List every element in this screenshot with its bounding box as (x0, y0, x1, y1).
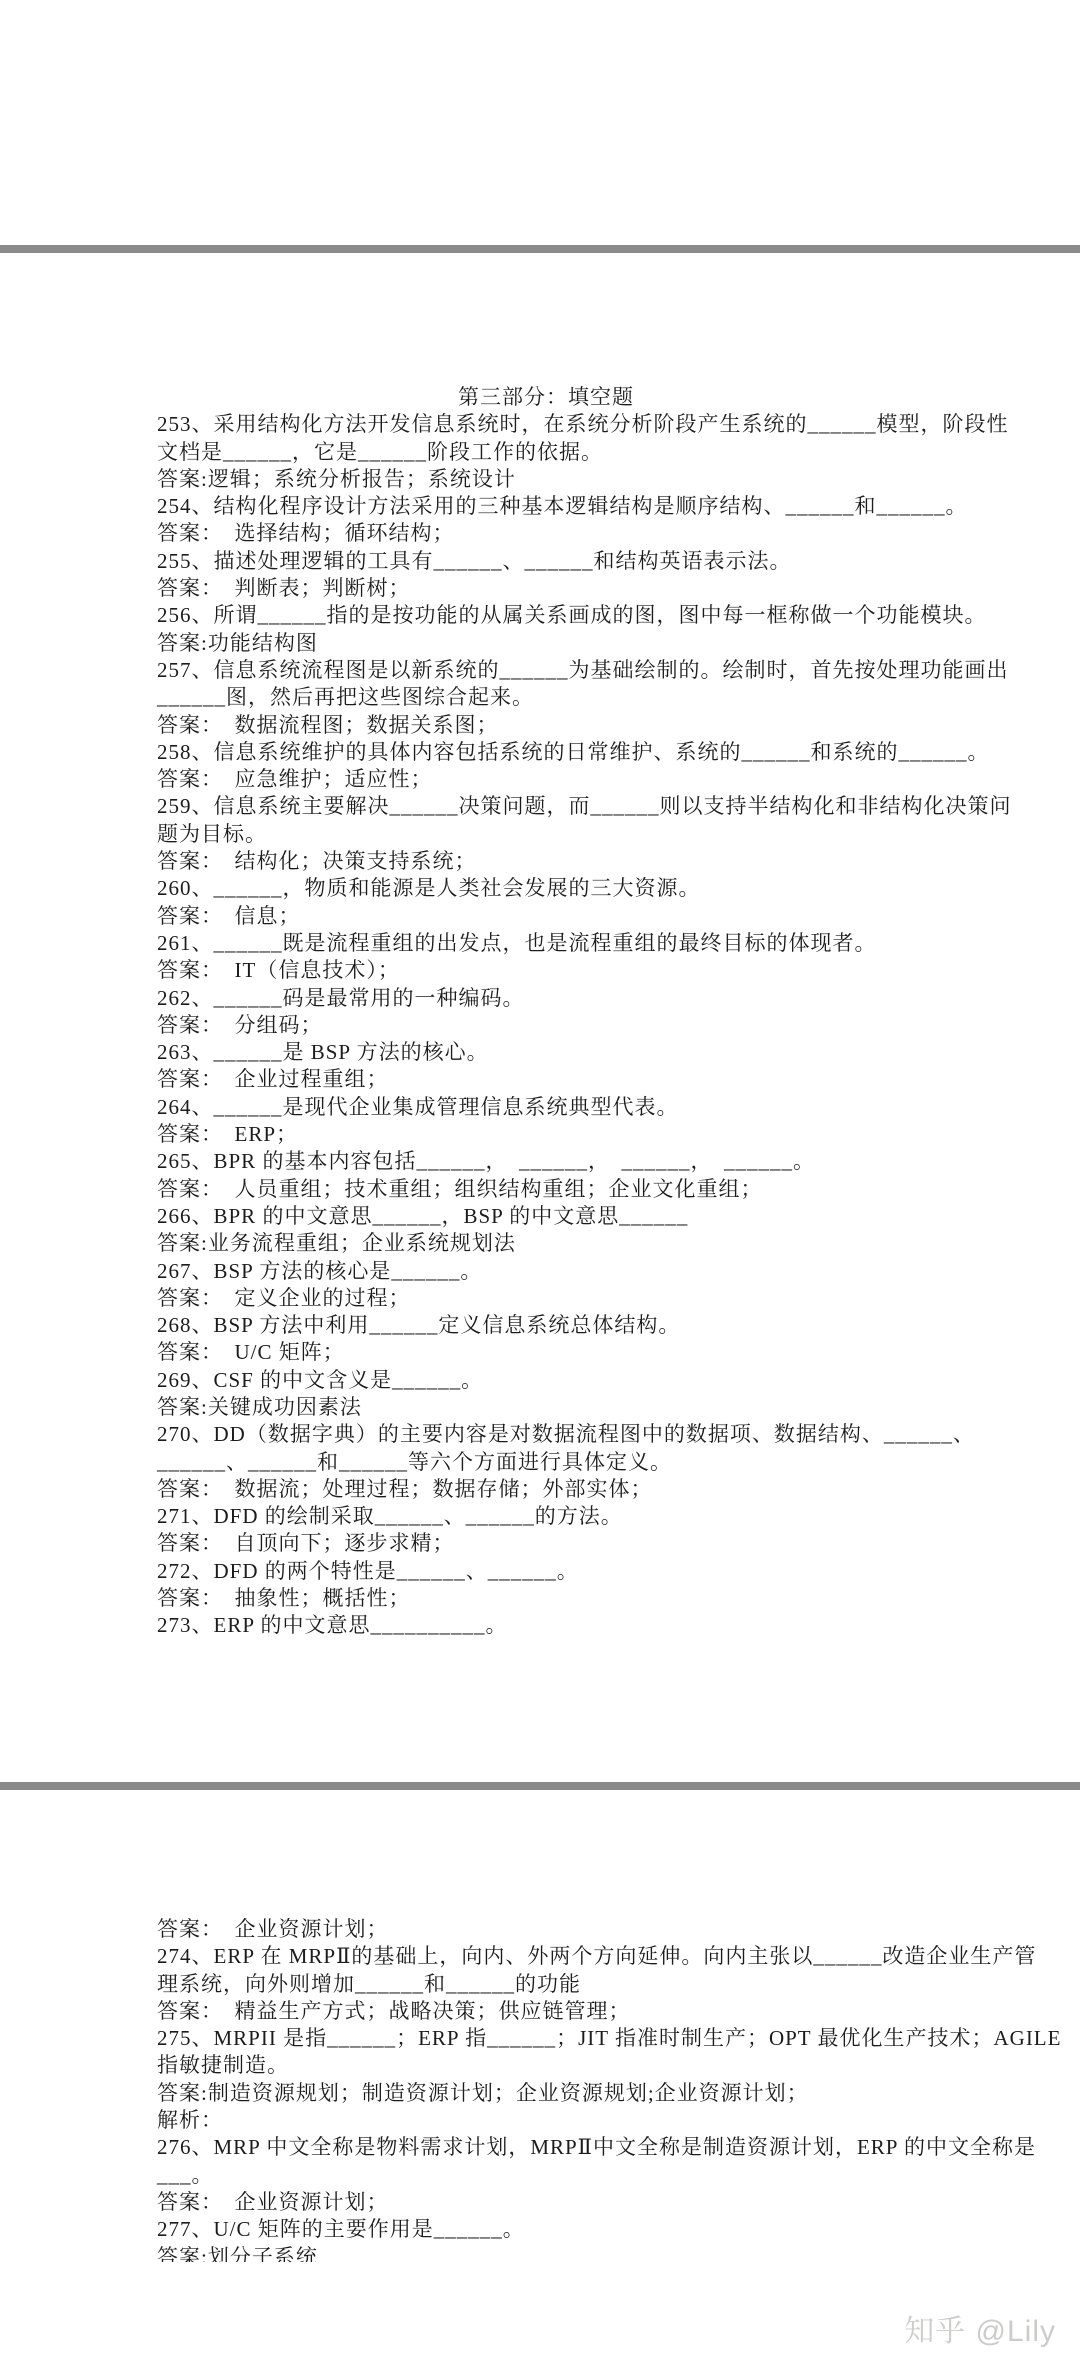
document-page-2-clip: 答案： 企业资源计划；274、ERP 在 MRPⅡ的基础上，向内、外两个方向延伸… (0, 1916, 1080, 2262)
document-line: 274、ERP 在 MRPⅡ的基础上，向内、外两个方向延伸。向内主张以_____… (157, 1943, 935, 1970)
document-line: 答案:划分子系统 (157, 2244, 935, 2262)
document-line: ______、______和______等六个方面进行具体定义。 (157, 1449, 935, 1476)
document-line: 268、BSP 方法中利用______定义信息系统总体结构。 (157, 1312, 935, 1339)
document-line: 答案： 数据流程图；数据关系图； (157, 712, 935, 739)
document-line: 261、______既是流程重组的出发点，也是流程重组的最终目标的体现者。 (157, 930, 935, 957)
document-line: 258、信息系统维护的具体内容包括系统的日常维护、系统的______和系统的__… (157, 739, 935, 766)
document-line: ___。 (157, 2162, 935, 2189)
document-line: 272、DFD 的两个特性是______、______。 (157, 1558, 935, 1585)
page-2-lines: 答案： 企业资源计划；274、ERP 在 MRPⅡ的基础上，向内、外两个方向延伸… (157, 1916, 935, 2262)
section-title: 第三部分：填空题 (157, 384, 935, 411)
page-break-divider-top (0, 245, 1080, 253)
document-line: 262、______码是最常用的一种编码。 (157, 985, 935, 1012)
document-line: 答案： 信息； (157, 903, 935, 930)
document-line: 260、______，物质和能源是人类社会发展的三大资源。 (157, 875, 935, 902)
document-line: 答案:制造资源规划；制造资源计划；企业资源规划;企业资源计划； (157, 2080, 935, 2107)
document-line: 答案： IT（信息技术）； (157, 957, 935, 984)
document-line: 理系统，向外则增加______和______的功能 (157, 1971, 935, 1998)
page-break-divider-middle (0, 1782, 1080, 1790)
document-line: 答案： 自顶向下；逐步求精； (157, 1530, 935, 1557)
document-line: 276、MRP 中文全称是物料需求计划，MRPⅡ中文全称是制造资源计划，ERP … (157, 2134, 935, 2161)
document-line: 答案： 选择结构；循环结构； (157, 520, 935, 547)
document-line: 270、DD（数据字典）的主要内容是对数据流程图中的数据项、数据结构、_____… (157, 1421, 935, 1448)
document-line: 答案： 判断表；判断树； (157, 575, 935, 602)
document-line: 答案： 结构化；决策支持系统； (157, 848, 935, 875)
document-page-1: 第三部分：填空题 253、采用结构化方法开发信息系统时，在系统分析阶段产生系统的… (157, 384, 935, 1640)
screenshot-root: 第三部分：填空题 253、采用结构化方法开发信息系统时，在系统分析阶段产生系统的… (0, 0, 1080, 2376)
document-line: 253、采用结构化方法开发信息系统时，在系统分析阶段产生系统的______模型，… (157, 411, 935, 438)
document-line: 题为目标。 (157, 821, 935, 848)
document-line: ______图，然后再把这些图综合起来。 (157, 684, 935, 711)
document-line: 265、BPR 的基本内容包括______， ______， ______， _… (157, 1148, 935, 1175)
document-line: 275、MRPII 是指______；ERP 指______；JIT 指准时制生… (157, 2025, 935, 2052)
document-line: 答案： ERP； (157, 1121, 935, 1148)
zhihu-watermark: 知乎 @Lily (904, 2306, 1056, 2350)
document-line: 259、信息系统主要解决______决策问题，而______则以支持半结构化和非… (157, 793, 935, 820)
document-line: 256、所谓______指的是按功能的从属关系画成的图，图中每一框称做一个功能模… (157, 602, 935, 629)
document-line: 指敏捷制造。 (157, 2052, 935, 2079)
document-line: 答案： 数据流；处理过程；数据存储；外部实体； (157, 1476, 935, 1503)
document-line: 答案： 精益生产方式；战略决策；供应链管理； (157, 1998, 935, 2025)
document-line: 答案： 应急维护；适应性； (157, 766, 935, 793)
document-line: 267、BSP 方法的核心是______。 (157, 1258, 935, 1285)
document-line: 255、描述处理逻辑的工具有______、______和结构英语表示法。 (157, 548, 935, 575)
document-line: 答案： U/C 矩阵； (157, 1339, 935, 1366)
document-line: 277、U/C 矩阵的主要作用是______。 (157, 2216, 935, 2243)
document-line: 答案： 人员重组；技术重组；组织结构重组；企业文化重组； (157, 1176, 935, 1203)
document-line: 答案： 定义企业的过程； (157, 1285, 935, 1312)
document-line: 答案:关键成功因素法 (157, 1394, 935, 1421)
document-line: 解析： (157, 2107, 935, 2134)
document-line: 答案： 企业过程重组； (157, 1066, 935, 1093)
document-line: 答案： 企业资源计划； (157, 1916, 935, 1943)
document-line: 答案:功能结构图 (157, 630, 935, 657)
document-line: 答案:业务流程重组；企业系统规划法 (157, 1230, 935, 1257)
document-line: 271、DFD 的绘制采取______、______的方法。 (157, 1503, 935, 1530)
document-page-2: 答案： 企业资源计划；274、ERP 在 MRPⅡ的基础上，向内、外两个方向延伸… (157, 1916, 935, 2262)
document-line: 263、______是 BSP 方法的核心。 (157, 1039, 935, 1066)
document-line: 266、BPR 的中文意思______，BSP 的中文意思______ (157, 1203, 935, 1230)
document-line: 答案： 企业资源计划； (157, 2189, 935, 2216)
document-line: 269、CSF 的中文含义是______。 (157, 1367, 935, 1394)
document-line: 文档是______，它是______阶段工作的依据。 (157, 439, 935, 466)
document-line: 257、信息系统流程图是以新系统的______为基础绘制的。绘制时，首先按处理功… (157, 657, 935, 684)
document-line: 答案： 抽象性；概括性； (157, 1585, 935, 1612)
document-line: 264、______是现代企业集成管理信息系统典型代表。 (157, 1094, 935, 1121)
page-1-lines: 253、采用结构化方法开发信息系统时，在系统分析阶段产生系统的______模型，… (157, 411, 935, 1639)
document-line: 273、ERP 的中文意思__________。 (157, 1612, 935, 1639)
document-line: 答案:逻辑；系统分析报告；系统设计 (157, 466, 935, 493)
document-line: 答案： 分组码； (157, 1012, 935, 1039)
document-line: 254、结构化程序设计方法采用的三种基本逻辑结构是顺序结构、______和___… (157, 493, 935, 520)
